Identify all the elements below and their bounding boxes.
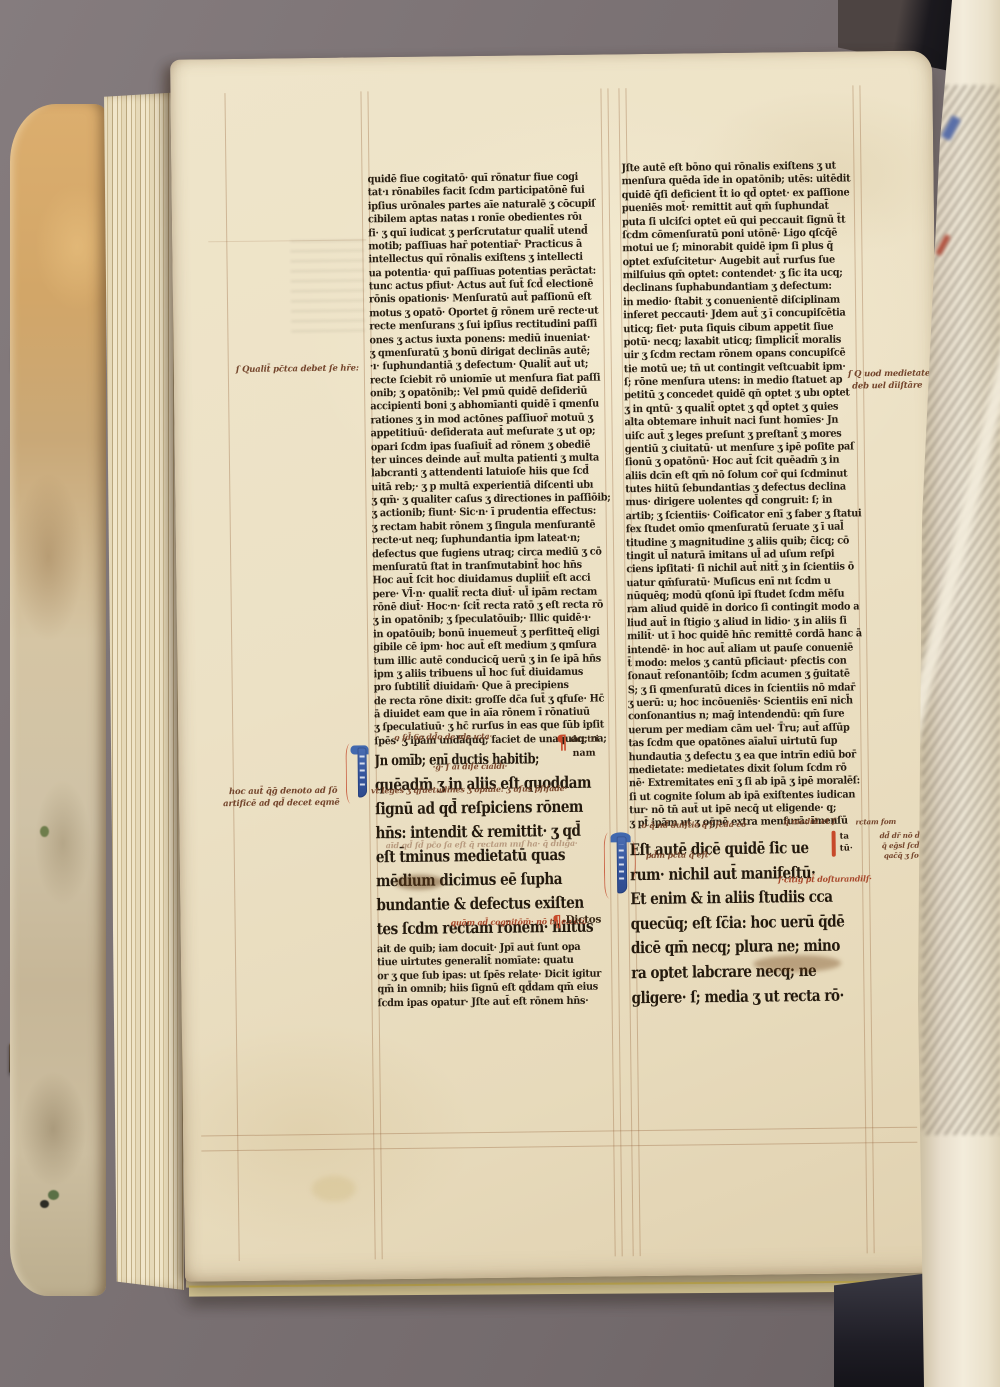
red-filler-bar — [832, 831, 836, 857]
red-gloss: ſ·citig pt̄ doſturandilſ· — [778, 874, 872, 884]
parchment-stain — [312, 1176, 356, 1203]
margin-note-left: artificē ad qd̄ decet eqmē — [223, 798, 340, 809]
capitulum-icon: ¶ — [553, 913, 562, 932]
filler-text: tū· — [840, 842, 853, 854]
text-line: ſcdm ipas opatur· Jſte aut̄ eſt rōnem hn… — [378, 994, 609, 1010]
interlinear-gloss: ·g· ſ aı dıſe cıaldı· — [433, 762, 508, 772]
red-penwork-flourish — [604, 832, 615, 898]
text-line: ſignū ad qd̄ reſpiciens rōnem — [375, 795, 582, 822]
catchword: dcctri — [570, 736, 598, 745]
rubric-word: Dictos — [566, 915, 602, 926]
green-fleck — [48, 1190, 59, 1200]
red-penwork-flourish — [345, 744, 355, 804]
catchword: nam — [573, 749, 596, 759]
interlinear-gloss: pd̄m pc̄ta q̄ eſt· — [646, 850, 711, 860]
ruling-line — [224, 93, 239, 1261]
line-filler: ta tū· — [832, 830, 864, 857]
margin-note-left: ſ Qualit̄ pc̄tca debet ſe hr̄e: — [236, 363, 359, 375]
text-line: Et enim & in aliis ſtudiis cca — [630, 885, 839, 912]
margin-note-right: ſ Q uod medietate — [848, 368, 930, 379]
margin-note-right: qac̄q̄ ʒ ſo — [884, 851, 919, 861]
manuscript-page: quidē fiue cogitatō· quī rōnatur fiue co… — [170, 50, 947, 1281]
ruling-line — [201, 1127, 917, 1137]
margin-note-right: rctam fom — [855, 817, 896, 827]
left-column-small-text: quidē fiue cogitatō· quī rōnatur fiue co… — [367, 170, 616, 749]
filler-text: ta — [840, 831, 850, 843]
blue-initial-I — [350, 745, 371, 799]
text-line: quecūq; eſt ſc̄ia: hoc uerū q̄dē — [630, 909, 839, 936]
ruling-line — [201, 1142, 917, 1152]
book-spine-leather — [10, 104, 106, 1296]
margin-note-right: q̄ eḡsl ſcd̄o — [882, 841, 924, 852]
show-through-text — [290, 239, 365, 332]
left-column-tail-text: ait de quib; iam docuit· Jpī aut̄ ſunt o… — [377, 940, 624, 1012]
margin-note-left: hoc aut̄ q̄ḡ denoto ad ſō — [229, 786, 337, 797]
dark-fleck — [40, 1200, 49, 1208]
margin-note-right: deb uel dīiſtāre — [852, 381, 922, 392]
interlinear-gloss: o ſd̄ 6o dd̄o de ıde ıcta· — [394, 732, 492, 742]
right-column-large-text: Eſt autē dicē quidē ſic uerum· nichil au… — [630, 835, 880, 1012]
initial-stroke — [357, 747, 367, 797]
green-fleck — [40, 826, 49, 837]
interlinear-gloss: q̄ mediū et ſ — [783, 817, 835, 827]
initial-stroke — [617, 836, 628, 893]
interlinear-gloss: o q̄ nd̄ dulſtie q̄ ſ ſcda cō — [641, 820, 746, 830]
margin-note-right: dd̄ dr̄ nō d̄ — [880, 831, 920, 841]
capitulum-icon: ¶ — [556, 731, 567, 754]
right-column-small-text: Jſte autē eſt bōno qui rōnalis exiſtens … — [621, 159, 873, 835]
manuscript-photo: quidē fiue cogitatō· quī rōnatur fiue co… — [0, 0, 1000, 1387]
text-line: gligere· ſ; media ʒ ut recta rō· — [631, 983, 840, 1010]
blue-initial-E — [608, 832, 633, 894]
